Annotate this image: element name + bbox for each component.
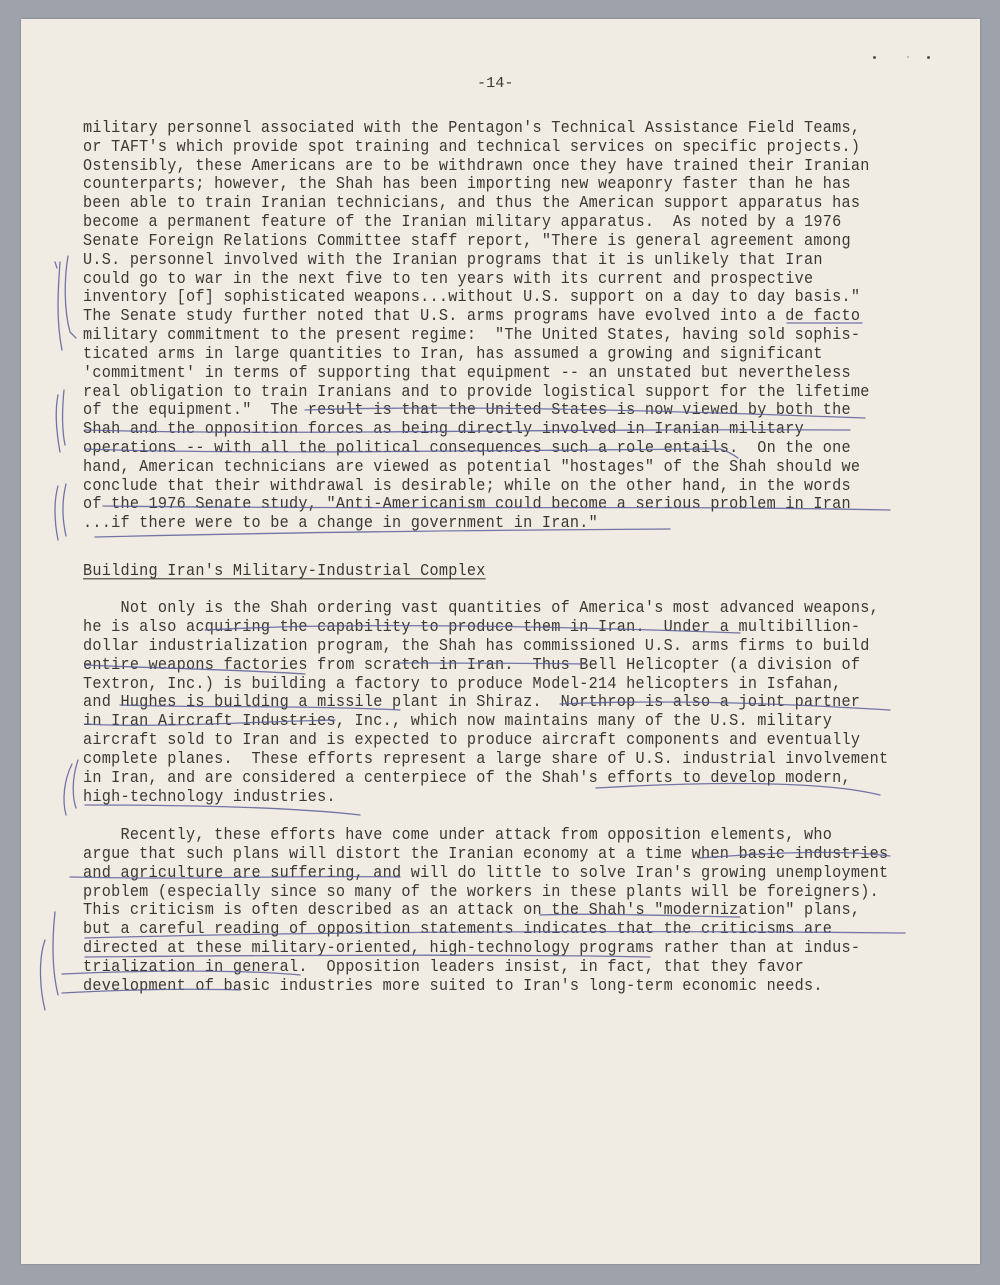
text-line: and Hughes is building a missile plant i… xyxy=(83,692,860,711)
text-line: problem (especially since so many of the… xyxy=(83,882,879,901)
text-line: or TAFT's which provide spot training an… xyxy=(83,137,860,156)
text-line: counterparts; however, the Shah has been… xyxy=(83,174,851,193)
text-line: argue that such plans will distort the I… xyxy=(83,844,888,863)
section-heading: Building Iran's Military-Industrial Comp… xyxy=(83,561,486,580)
text-line: conclude that their withdrawal is desira… xyxy=(83,476,851,495)
text-line: of the equipment." The result is that th… xyxy=(83,400,851,419)
text-line: complete planes. These efforts represent… xyxy=(83,749,888,768)
text-line: development of basic industries more sui… xyxy=(83,976,823,995)
text-line: hand, American technicians are viewed as… xyxy=(83,457,860,476)
text-line: This criticism is often described as an … xyxy=(83,900,860,919)
text-line: military commitment to the present regim… xyxy=(83,325,860,344)
text-line: Ostensibly, these Americans are to be wi… xyxy=(83,156,870,175)
text-line: Textron, Inc.) is building a factory to … xyxy=(83,674,841,693)
text-line: Shah and the opposition forces as being … xyxy=(83,419,804,438)
text-line: high-technology industries. xyxy=(83,787,336,806)
text-line: and agriculture are suffering, and will … xyxy=(83,863,888,882)
text-line: 'commitment' in terms of supporting that… xyxy=(83,363,851,382)
text-line: ...if there were to be a change in gover… xyxy=(83,513,598,532)
text-line: real obligation to train Iranians and to… xyxy=(83,382,870,401)
text-line: could go to war in the next five to ten … xyxy=(83,269,813,288)
text-line: inventory [of] sophisticated weapons...w… xyxy=(83,287,860,306)
text-line: Not only is the Shah ordering vast quant… xyxy=(83,598,879,617)
text-line: in Iran, and are considered a centerpiec… xyxy=(83,768,851,787)
text-line: entire weapons factories from scratch in… xyxy=(83,655,860,674)
text-line: trialization in general. Opposition lead… xyxy=(83,957,804,976)
punch-marks xyxy=(873,56,933,62)
text-line: he is also acquiring the capability to p… xyxy=(83,617,860,636)
text-line: operations -- with all the political con… xyxy=(83,438,851,457)
text-line: in Iran Aircraft Industries, Inc., which… xyxy=(83,711,832,730)
text-line: dollar industrialization program, the Sh… xyxy=(83,636,870,655)
text-line: been able to train Iranian technicians, … xyxy=(83,193,860,212)
text-line: military personnel associated with the P… xyxy=(83,118,860,137)
text-line: The Senate study further noted that U.S.… xyxy=(83,306,860,325)
text-line: aircraft sold to Iran and is expected to… xyxy=(83,730,860,749)
text-line: Senate Foreign Relations Committee staff… xyxy=(83,231,851,250)
text-line: of the 1976 Senate study, "Anti-American… xyxy=(83,494,851,513)
text-line: Recently, these efforts have come under … xyxy=(83,825,832,844)
page-number: -14- xyxy=(477,74,513,92)
text-line: but a careful reading of opposition stat… xyxy=(83,919,832,938)
text-line: ticated arms in large quantities to Iran… xyxy=(83,344,823,363)
text-line: directed at these military-oriented, hig… xyxy=(83,938,860,957)
text-line: become a permanent feature of the Irania… xyxy=(83,212,841,231)
text-line: U.S. personnel involved with the Iranian… xyxy=(83,250,823,269)
